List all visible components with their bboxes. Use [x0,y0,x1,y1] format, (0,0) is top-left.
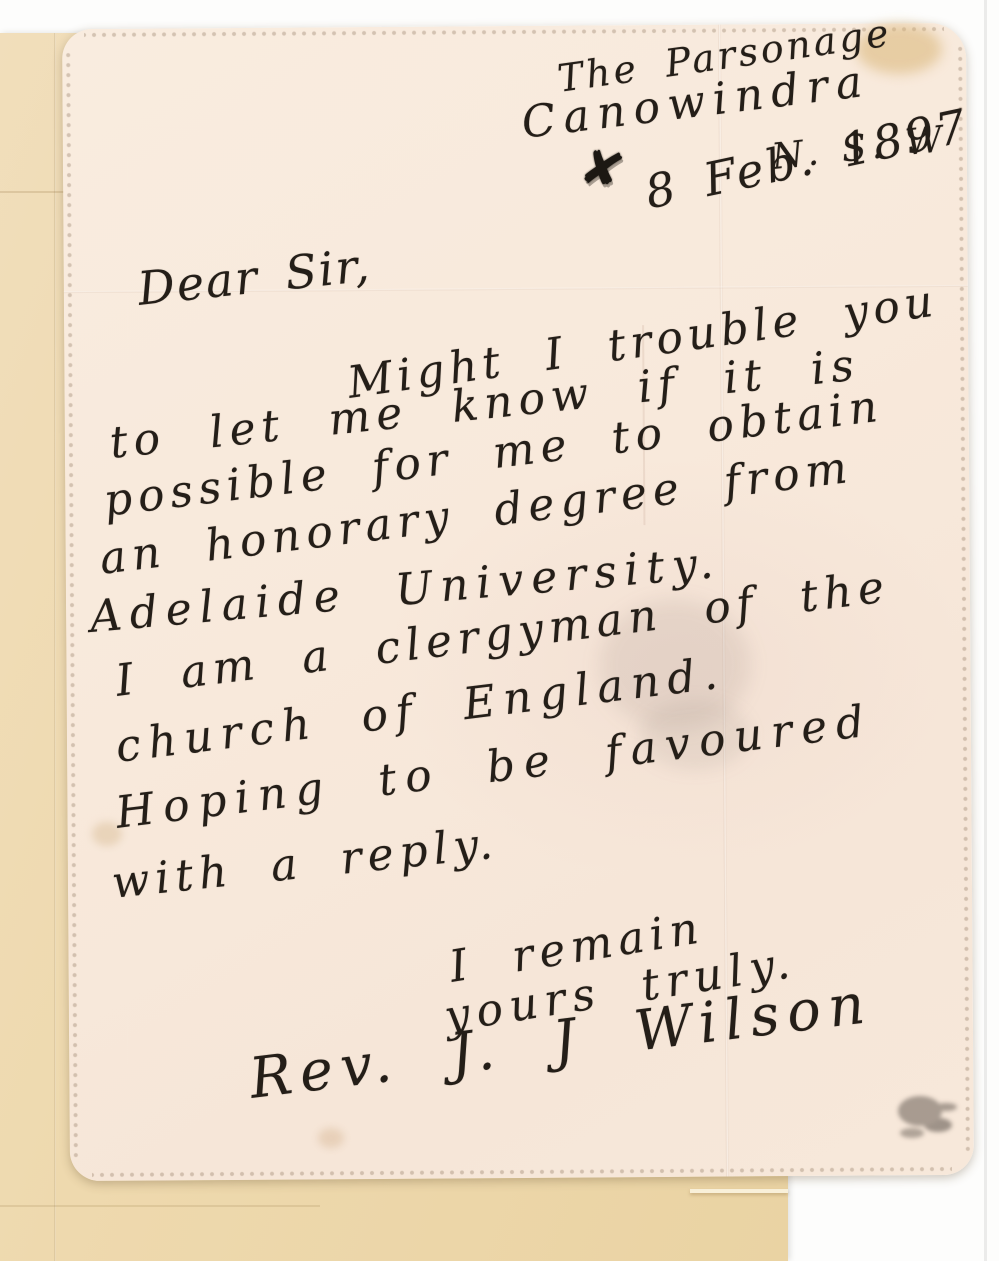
paper-stain [318,1128,344,1148]
envelope-crease [0,1205,320,1207]
envelope-torn-edge [690,1189,788,1193]
scanned-letter-page: ✘ The Parsonage Canowindra N. S. W 8 Feb… [0,0,999,1261]
ink-smudge [898,1096,942,1126]
perforated-edge-right [955,45,973,1153]
scanner-edge-line [984,0,987,1261]
envelope-crease [54,33,56,1261]
perforated-edge-bottom [92,1164,952,1180]
